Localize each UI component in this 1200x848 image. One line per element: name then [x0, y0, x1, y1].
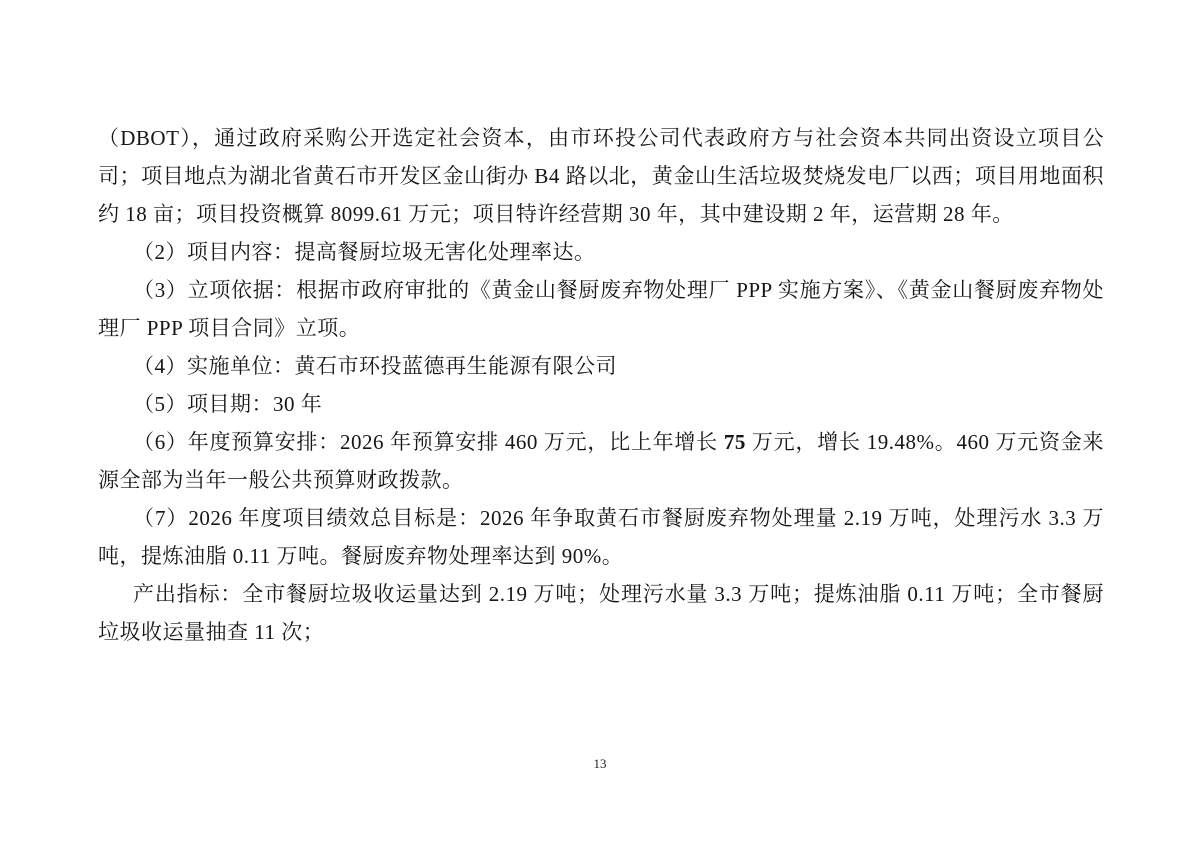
document-body: （DBOT），通过政府采购公开选定社会资本，由市环投公司代表政府方与社会资本共同…: [98, 119, 1104, 651]
paragraph-item-2-project-content: （2）项目内容：提高餐厨垃圾无害化处理率达。: [98, 233, 1104, 271]
paragraph-item-4-implementing-unit: （4）实施单位：黄石市环投蓝德再生能源有限公司: [98, 347, 1104, 385]
paragraph-output-indicators: 产出指标：全市餐厨垃圾收运量达到 2.19 万吨；处理污水量 3.3 万吨；提炼…: [98, 575, 1104, 651]
text-run: （6）年度预算安排：2026 年预算安排 460 万元，比上年增长: [133, 430, 724, 454]
text-run-bold-amount: 75: [724, 430, 746, 454]
paragraph-intro-continuation: （DBOT），通过政府采购公开选定社会资本，由市环投公司代表政府方与社会资本共同…: [98, 119, 1104, 233]
page-number: 13: [0, 756, 1200, 772]
paragraph-item-6-annual-budget: （6）年度预算安排：2026 年预算安排 460 万元，比上年增长 75 万元，…: [98, 423, 1104, 499]
paragraph-item-7-performance-goals: （7）2026 年度项目绩效总目标是：2026 年争取黄石市餐厨废弃物处理量 2…: [98, 499, 1104, 575]
paragraph-item-5-project-period: （5）项目期：30 年: [98, 385, 1104, 423]
document-page: （DBOT），通过政府采购公开选定社会资本，由市环投公司代表政府方与社会资本共同…: [0, 0, 1200, 848]
paragraph-item-3-approval-basis: （3）立项依据：根据市政府审批的《黄金山餐厨废弃物处理厂 PPP 实施方案》、《…: [98, 271, 1104, 347]
